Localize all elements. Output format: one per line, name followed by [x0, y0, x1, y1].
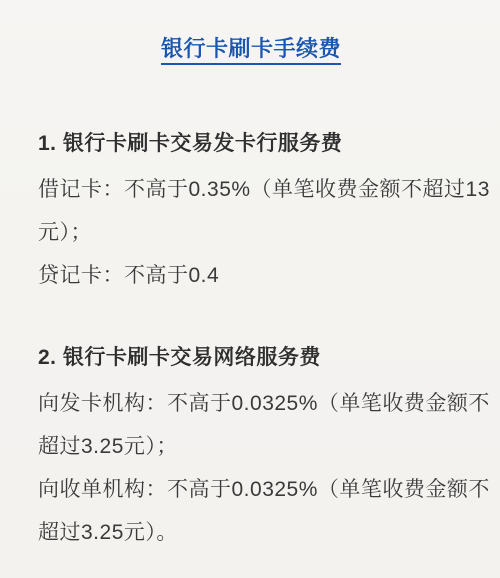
title-row: 银行卡刷卡手续费	[38, 36, 464, 66]
section-2-body: 向发卡机构：不高于0.0325%（单笔收费金额不 超过3.25元）； 向收单机构…	[38, 382, 464, 554]
issuer-org-fee-line: 向发卡机构：不高于0.0325%（单笔收费金额不	[38, 382, 464, 425]
section-issuer-service-fee: 1. 银行卡刷卡交易发卡行服务费 借记卡：不高于0.35%（单笔收费金额不超过1…	[38, 133, 464, 297]
acquirer-org-fee-line-wrap: 超过3.25元）。	[38, 511, 464, 554]
page-title: 银行卡刷卡手续费	[161, 36, 341, 65]
debit-card-fee-line-wrap: 元）；	[38, 211, 464, 254]
section-network-service-fee: 2. 银行卡刷卡交易网络服务费 向发卡机构：不高于0.0325%（单笔收费金额不…	[38, 347, 464, 554]
acquirer-org-fee-line: 向收单机构：不高于0.0325%（单笔收费金额不	[38, 468, 464, 511]
credit-card-fee-line: 贷记卡：不高于0.4	[38, 254, 464, 297]
section-1-body: 借记卡：不高于0.35%（单笔收费金额不超过13 元）； 贷记卡：不高于0.4	[38, 168, 464, 297]
fee-document: 银行卡刷卡手续费 1. 银行卡刷卡交易发卡行服务费 借记卡：不高于0.35%（单…	[0, 0, 500, 578]
section-1-heading: 1. 银行卡刷卡交易发卡行服务费	[38, 133, 464, 155]
issuer-org-fee-line-wrap: 超过3.25元）；	[38, 425, 464, 468]
section-2-heading: 2. 银行卡刷卡交易网络服务费	[38, 347, 464, 369]
debit-card-fee-line: 借记卡：不高于0.35%（单笔收费金额不超过13	[38, 168, 464, 211]
